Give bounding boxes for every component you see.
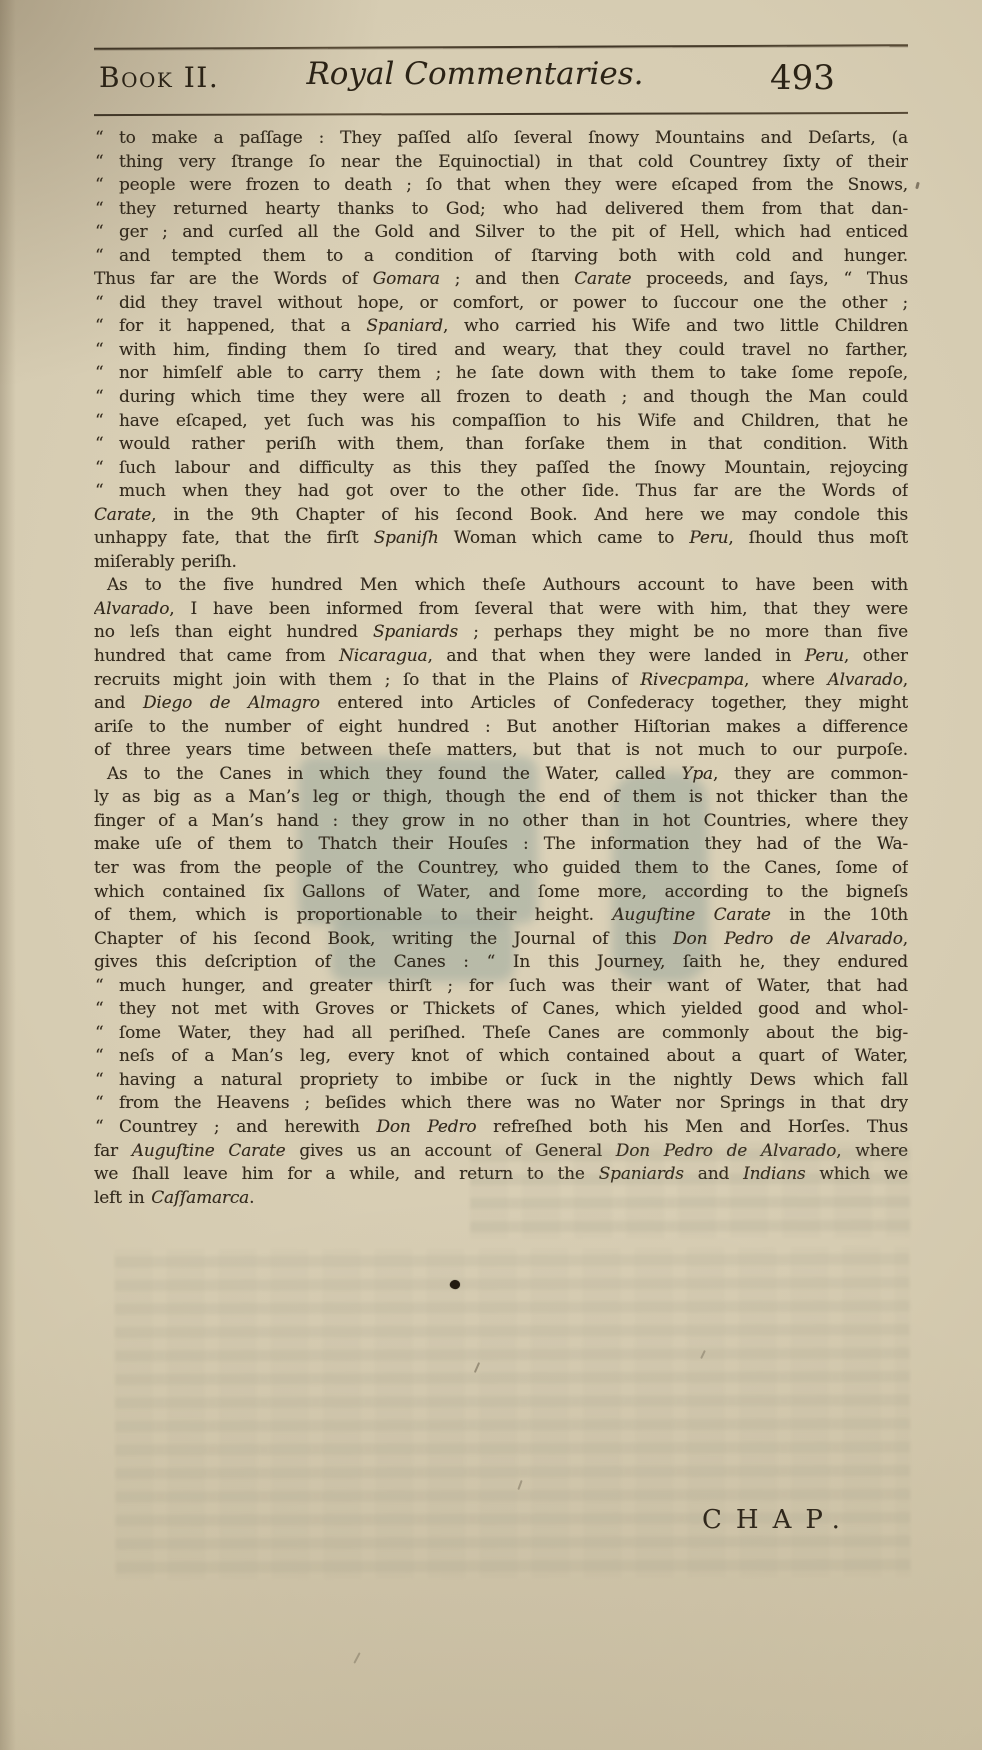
margin-quote-mark: “ (95, 151, 104, 175)
text-line: no leſs than eight hundred Spaniards ; p… (94, 621, 908, 645)
line-text: ger ; and curſed all the Gold and Silver… (119, 221, 908, 245)
text-line: hundred that came from Nicaragua, and th… (94, 645, 908, 669)
margin-quote-mark: “ (95, 975, 104, 999)
text-line: “to make a paſſage : They paſſed alſo ſe… (94, 127, 908, 151)
text-line: “and tempted them to a condition of ſtar… (94, 245, 908, 269)
text-line: “for it happened, that a Spaniard, who c… (94, 315, 908, 339)
text-line: “having a natural propriety to imbibe or… (94, 1069, 908, 1093)
line-text: Countrey ; and herewith Don Pedro refreſ… (119, 1116, 908, 1140)
margin-quote-mark: “ (95, 339, 104, 363)
text-line: miſerably periſh. (94, 551, 908, 575)
line-text: did they travel without hope, or comfort… (119, 292, 908, 316)
text-line: finger of a Man’s hand : they grow in no… (94, 810, 908, 834)
line-text: of them, which is proportionable to thei… (94, 904, 908, 928)
line-text: have eſcaped, yet ſuch was his compaſſio… (119, 410, 908, 434)
margin-quote-mark: “ (95, 127, 104, 151)
margin-quote-mark: “ (95, 386, 104, 410)
header-rule-top (94, 44, 908, 50)
line-text: from the Heavens ; beſides which there w… (119, 1092, 908, 1116)
text-line: “with him, finding them ſo tired and wea… (94, 339, 908, 363)
text-line: “would rather periſh with them, than for… (94, 433, 908, 457)
text-line: “from the Heavens ; beſides which there … (94, 1092, 908, 1116)
text-line: “have eſcaped, yet ſuch was his compaſſi… (94, 410, 908, 434)
line-text: for it happened, that a Spaniard, who ca… (119, 315, 908, 339)
margin-quote-mark: “ (95, 1092, 104, 1116)
paper-speck (915, 182, 920, 190)
text-line: Carate, in the 9th Chapter of his ſecond… (94, 504, 908, 528)
text-line: which contained ſix Gallons of Water, an… (94, 881, 908, 905)
margin-quote-mark: “ (95, 1069, 104, 1093)
text-line: Alvarado, I have been informed from ſeve… (94, 598, 908, 622)
margin-quote-mark: “ (95, 292, 104, 316)
line-text: recruits might join with them ; ſo that … (94, 669, 908, 693)
line-text: much when they had got over to the other… (119, 480, 908, 504)
paper-speck (897, 580, 901, 584)
line-text: Thus far are the Words of Gomara ; and t… (94, 268, 908, 292)
text-line: “much when they had got over to the othe… (94, 480, 908, 504)
margin-quote-mark: “ (95, 174, 104, 198)
line-text: As to the five hundred Men which theſe A… (94, 574, 908, 598)
line-text: hundred that came from Nicaragua, and th… (94, 645, 908, 669)
text-line: “nor himſelf able to carry them ; he ſat… (94, 362, 908, 386)
line-text: which contained ſix Gallons of Water, an… (94, 881, 908, 905)
running-title: Royal Commentaries. (280, 56, 670, 92)
margin-quote-mark: “ (95, 457, 104, 481)
line-text: ly as big as a Man’s leg or thigh, thoug… (94, 786, 908, 810)
book-page-scan: Book II. Royal Commentaries. 493 “to mak… (0, 0, 982, 1750)
margin-quote-mark: “ (95, 1045, 104, 1069)
line-text: nor himſelf able to carry them ; he ſate… (119, 362, 908, 386)
text-line: “people were frozen to death ; ſo that w… (94, 174, 908, 198)
text-line: Chapter of his ſecond Book, writing the … (94, 928, 908, 952)
text-line: of them, which is proportionable to thei… (94, 904, 908, 928)
line-text: having a natural propriety to imbibe or … (119, 1069, 908, 1093)
text-line: and Diego de Almagro entered into Articl… (94, 692, 908, 716)
line-text: thing very ſtrange ſo near the Equinocti… (119, 151, 908, 175)
text-line: ariſe to the number of eight hundred : B… (94, 716, 908, 740)
book-label: Book II. (99, 61, 219, 94)
line-text: of three years time between theſe matter… (94, 739, 908, 763)
margin-quote-mark: “ (95, 245, 104, 269)
text-line: recruits might join with them ; ſo that … (94, 669, 908, 693)
text-line: “Countrey ; and herewith Don Pedro refre… (94, 1116, 908, 1140)
text-line: make uſe of them to Thatch their Houſes … (94, 833, 908, 857)
text-line: unhappy fate, that the firſt Spaniſh Wom… (94, 527, 908, 551)
margin-quote-mark: “ (95, 362, 104, 386)
line-text: gives this deſcription of the Canes : “ … (94, 951, 908, 975)
line-text: ſuch labour and difficulty as this they … (119, 457, 908, 481)
margin-quote-mark: “ (95, 221, 104, 245)
line-text: Alvarado, I have been informed from ſeve… (94, 598, 908, 622)
show-through-text (470, 1142, 910, 1239)
line-text: they not met with Groves or Thickets of … (119, 998, 908, 1022)
margin-quote-mark: “ (95, 1116, 104, 1140)
text-line: of three years time between theſe matter… (94, 739, 908, 763)
header-rule-bottom (94, 112, 908, 116)
line-text: finger of a Man’s hand : they grow in no… (94, 810, 908, 834)
margin-quote-mark: “ (95, 480, 104, 504)
line-text: Chapter of his ſecond Book, writing the … (94, 928, 908, 952)
line-text: ter was from the people of the Countrey,… (94, 857, 908, 881)
line-text: no leſs than eight hundred Spaniards ; p… (94, 621, 908, 645)
line-text: would rather periſh with them, than forſ… (119, 433, 908, 457)
line-text: neſs of a Man’s leg, every knot of which… (119, 1045, 908, 1069)
text-line: “ſuch labour and difficulty as this they… (94, 457, 908, 481)
line-text: and tempted them to a condition of ſtarv… (119, 245, 908, 269)
text-line: gives this deſcription of the Canes : “ … (94, 951, 908, 975)
line-text: Carate, in the 9th Chapter of his ſecond… (94, 504, 908, 528)
text-line: Thus far are the Words of Gomara ; and t… (94, 268, 908, 292)
line-text: As to the Canes in which they found the … (94, 763, 908, 787)
line-text: during which time they were all frozen t… (119, 386, 908, 410)
text-line: “did they travel without hope, or comfor… (94, 292, 908, 316)
text-line: As to the Canes in which they found the … (94, 763, 908, 787)
line-text: and Diego de Almagro entered into Articl… (94, 692, 908, 716)
margin-quote-mark: “ (95, 315, 104, 339)
line-text: they returned hearty thanks to God; who … (119, 198, 908, 222)
margin-quote-mark: “ (95, 1022, 104, 1046)
text-line: “they not met with Groves or Thickets of… (94, 998, 908, 1022)
line-text: to make a paſſage : They paſſed alſo ſev… (119, 127, 908, 151)
text-line: “ger ; and curſed all the Gold and Silve… (94, 221, 908, 245)
text-line: ter was from the people of the Countrey,… (94, 857, 908, 881)
catchword: CHAP. (702, 1505, 854, 1535)
text-line: “they returned hearty thanks to God; who… (94, 198, 908, 222)
margin-quote-mark: “ (95, 410, 104, 434)
line-text: ariſe to the number of eight hundred : B… (94, 716, 908, 740)
text-line: “thing very ſtrange ſo near the Equinoct… (94, 151, 908, 175)
page-number: 493 (770, 58, 835, 98)
line-text: ſome Water, they had all periſhed. Theſe… (119, 1022, 908, 1046)
margin-quote-mark: “ (95, 198, 104, 222)
text-line: “ſome Water, they had all periſhed. Theſ… (94, 1022, 908, 1046)
text-line: “during which time they were all frozen … (94, 386, 908, 410)
line-text: make uſe of them to Thatch their Houſes … (94, 833, 908, 857)
text-line: ly as big as a Man’s leg or thigh, thoug… (94, 786, 908, 810)
text-block: “to make a paſſage : They paſſed alſo ſe… (94, 127, 908, 1210)
line-text: much hunger, and greater thirſt ; for ſu… (119, 975, 908, 999)
text-line: “neſs of a Man’s leg, every knot of whic… (94, 1045, 908, 1069)
margin-quote-mark: “ (95, 433, 104, 457)
line-text: miſerably periſh. (94, 551, 908, 575)
text-line: As to the five hundred Men which theſe A… (94, 574, 908, 598)
margin-quote-mark: “ (95, 998, 104, 1022)
line-text: unhappy fate, that the firſt Spaniſh Wom… (94, 527, 908, 551)
line-text: with him, finding them ſo tired and wear… (119, 339, 908, 363)
line-text: people were frozen to death ; ſo that wh… (119, 174, 908, 198)
text-line: “much hunger, and greater thirſt ; for ſ… (94, 975, 908, 999)
paper-speck (353, 1652, 360, 1664)
